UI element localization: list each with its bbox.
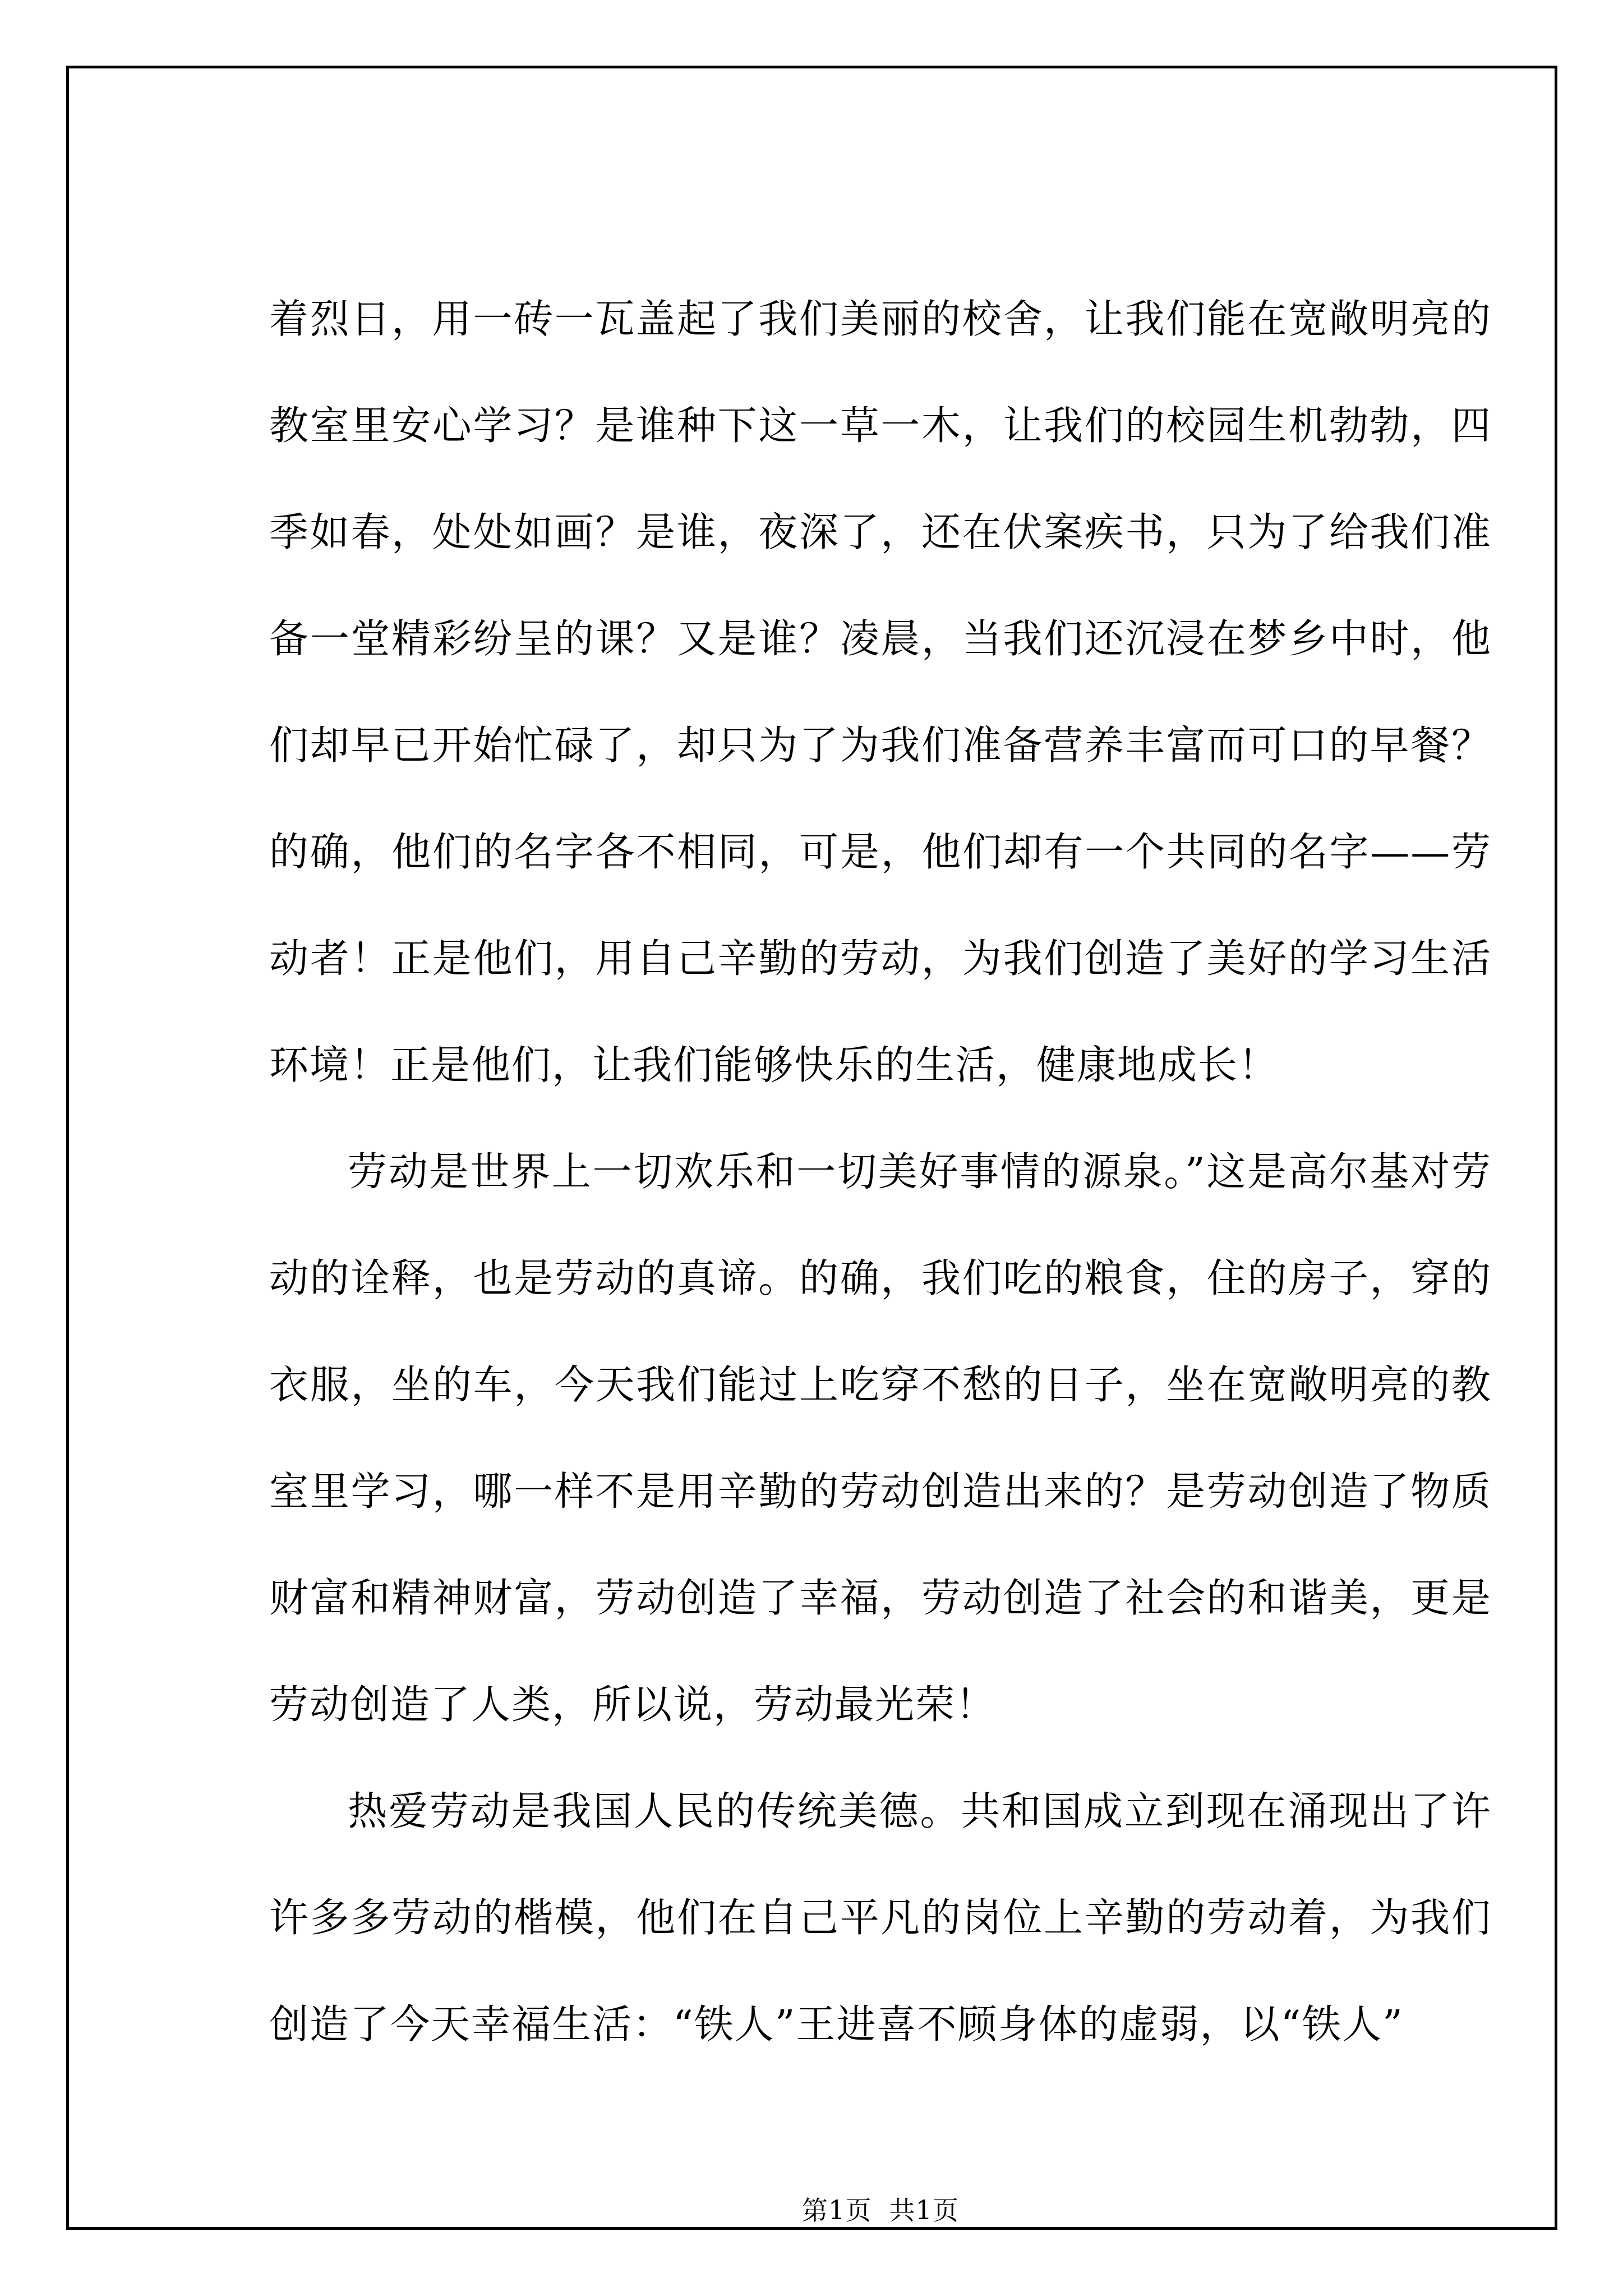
document-page: 着烈日，用一砖一瓦盖起了我们美丽的校舍，让我们能在宽敞明亮的教室里安心学习？是谁… — [0, 0, 1623, 2296]
paragraph-1: 着烈日，用一砖一瓦盖起了我们美丽的校舍，让我们能在宽敞明亮的教室里安心学习？是谁… — [269, 266, 1492, 1119]
page-border-frame: 着烈日，用一砖一瓦盖起了我们美丽的校舍，让我们能在宽敞明亮的教室里安心学习？是谁… — [66, 66, 1557, 2230]
paragraph-2: 劳动是世界上一切欢乐和一切美好事情的源泉。”这是高尔基对劳动的诠释，也是劳动的真… — [269, 1119, 1492, 1758]
paragraph-3: 热爱劳动是我国人民的传统美德。共和国成立到现在涌现出了许许多多劳动的楷模，他们在… — [269, 1758, 1492, 2078]
page-footer: 第1页 共1页 — [269, 2193, 1492, 2227]
document-body: 着烈日，用一砖一瓦盖起了我们美丽的校舍，让我们能在宽敞明亮的教室里安心学习？是谁… — [269, 266, 1492, 2078]
